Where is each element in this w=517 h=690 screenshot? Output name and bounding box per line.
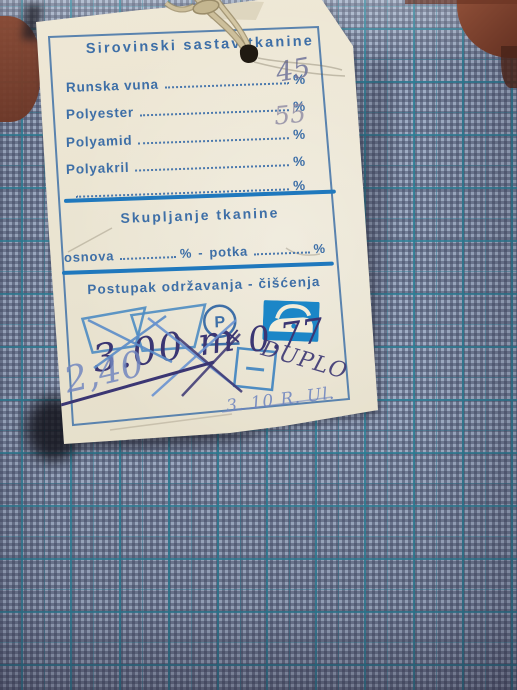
material-name: Polyakril <box>66 160 130 177</box>
label-wrapper: Sirovinski sastav tkanine Runska vuna % … <box>0 0 517 690</box>
percent-sign: % <box>293 127 306 142</box>
percent-sign: % <box>293 154 306 169</box>
percent-sign: % <box>180 246 193 261</box>
handwritten-polyester-percent: 55 <box>273 98 308 130</box>
dotted-leader <box>120 255 176 260</box>
material-name: Polyamid <box>66 133 133 150</box>
fabric-photo-scene: Sirovinski sastav tkanine Runska vuna % … <box>0 0 517 690</box>
fabric-care-label: Sirovinski sastav tkanine Runska vuna % … <box>0 0 517 690</box>
handwritten-multiply-sign: × <box>221 321 243 351</box>
percent-sign: % <box>313 241 326 256</box>
potka-label: potka <box>209 244 248 260</box>
handwritten-wool-percent: 45 <box>274 52 313 88</box>
dash-separator: - <box>198 245 204 260</box>
dotted-leader <box>254 250 310 255</box>
material-name: Polyester <box>66 105 134 122</box>
dotted-leader <box>165 81 289 88</box>
osnova-label: osnova <box>64 248 115 265</box>
